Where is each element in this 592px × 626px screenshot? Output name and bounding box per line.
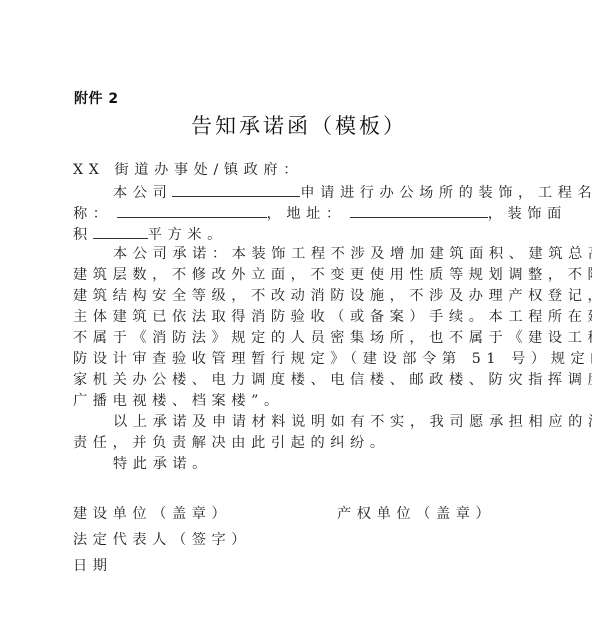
legal-representative-signature: 法定代表人（签字） [73,529,251,549]
paragraph2-line: 防设计审查验收管理暂行规定》（建设部令第 51 号）规定的“国 [73,349,525,370]
paragraph2-line: 建筑层数，不修改外立面，不变更使用性质等规划调整，不降低 [73,265,525,286]
paragraph2-line: 广播电视楼、档案楼”。 [73,391,525,412]
text: ，地址： [267,206,346,222]
document-page: 附件 2 告知承诺函（模板） XX 街道办事处/镇政府： 本公司申请进行办公场所… [0,0,592,626]
paragraph1-line1: 本公司申请进行办公场所的装饰，工程名 [73,181,525,202]
paragraph3-line: 责任，并负责解决由此引起的纠纷。 [73,433,525,454]
text: 以上承诺及申请材料说明如有不实，我司愿承担相应的法律 [113,414,592,430]
property-unit-seal: 产权单位（盖章） [337,503,495,523]
paragraph3-line: 以上承诺及申请材料说明如有不实，我司愿承担相应的法律 [73,412,525,433]
project-name-blank[interactable] [117,202,267,218]
paragraph2-line: 主体建筑已依法取得消防验收（或备案）手续。本工程所在建筑 [73,307,525,328]
salutation: XX 街道办事处/镇政府： [73,160,525,181]
paragraph1-line2: 称：，地址：，装饰面 [73,202,525,223]
company-name-blank[interactable] [172,181,300,197]
attachment-label: 附件 2 [74,88,119,108]
text: 积 [73,227,93,243]
text: 本公司承诺：本装饰工程不涉及增加建筑面积、建筑总高度、 [113,246,592,262]
paragraph2-line: 家机关办公楼、电力调度楼、电信楼、邮政楼、防灾指挥调度楼、 [73,370,525,391]
text: 申请进行办公场所的装饰，工程名 [300,185,592,201]
text: 称： [73,206,113,222]
construction-unit-seal: 建设单位（盖章） [73,503,231,523]
text: 平方米。 [148,227,227,243]
text: ，装饰面 [488,206,567,222]
paragraph2-line: 建筑结构安全等级，不改动消防设施，不涉及办理产权登记，且 [73,286,525,307]
text: 本公司 [113,185,172,201]
closing-line: 特此承诺。 [73,454,525,475]
date-label: 日期 [73,555,113,575]
document-title: 告知承诺函（模板） [0,110,592,140]
closing-text: 特此承诺。 [113,456,212,472]
paragraph1-line3: 积平方米。 [73,223,525,244]
document-body: XX 街道办事处/镇政府： 本公司申请进行办公场所的装饰，工程名 称：，地址：，… [73,160,525,475]
paragraph2-line: 不属于《消防法》规定的人员密集场所，也不属于《建设工程消 [73,328,525,349]
address-blank[interactable] [350,202,488,218]
area-blank[interactable] [93,223,148,239]
paragraph2-line: 本公司承诺：本装饰工程不涉及增加建筑面积、建筑总高度、 [73,244,525,265]
